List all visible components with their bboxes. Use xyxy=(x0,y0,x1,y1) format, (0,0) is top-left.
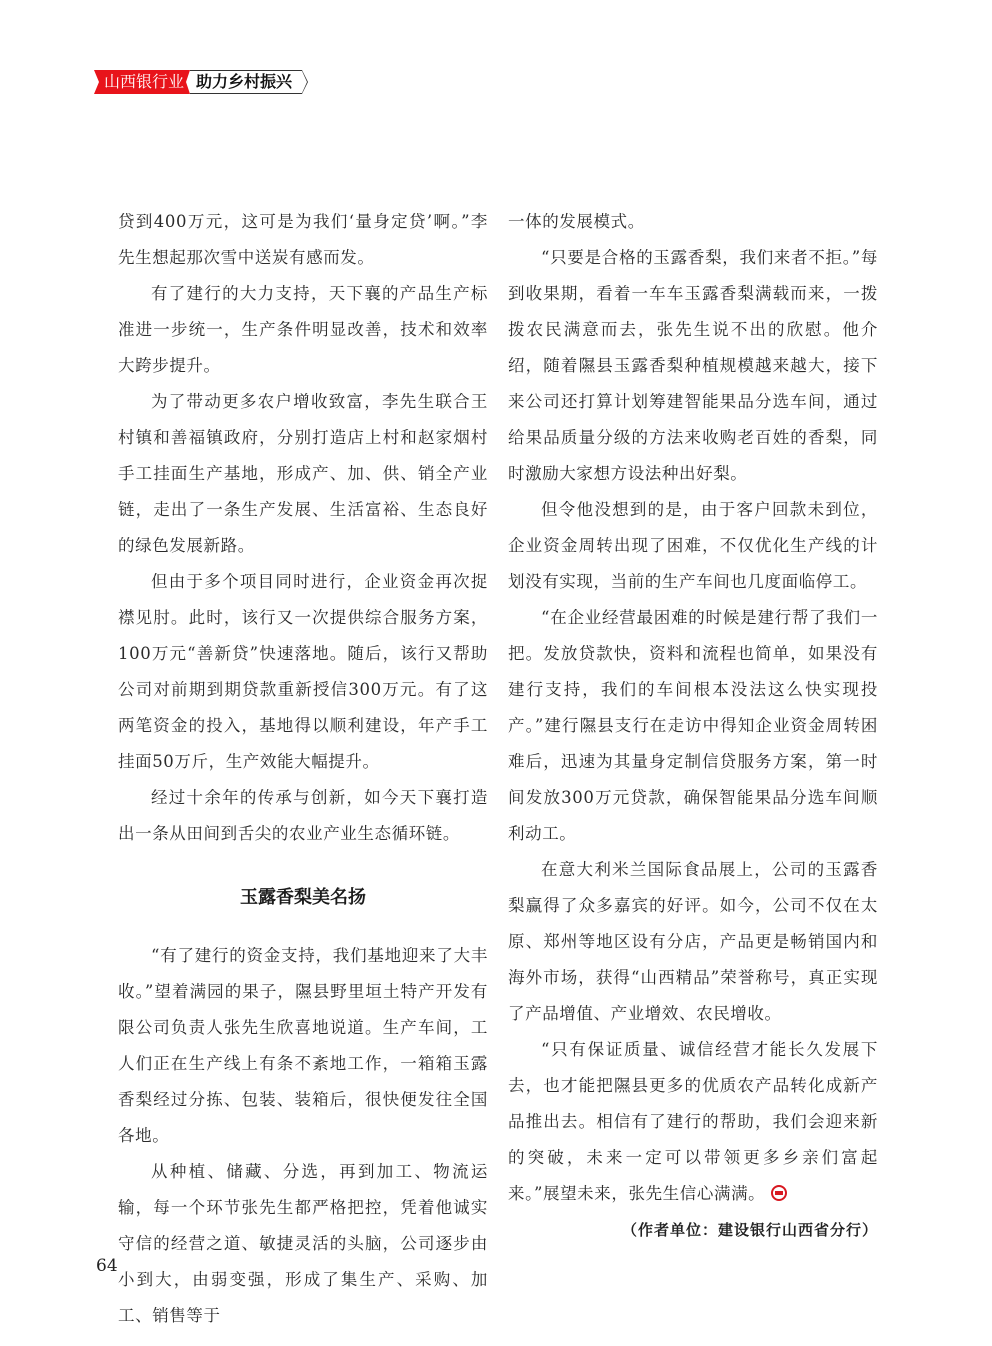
end-mark-icon xyxy=(771,1185,787,1201)
paragraph: 有了建行的大力支持，天下襄的产品生产标准进一步统一，生产条件明显改善，技术和效率… xyxy=(118,276,488,384)
paragraph: “有了建行的资金支持，我们基地迎来了大丰收。”望着满园的果子，隰县野里垣土特产开… xyxy=(118,938,488,1154)
paragraph: 一体的发展模式。 xyxy=(508,204,878,240)
left-column: 贷到400万元，这可是为我们‘量身定贷’啊。”李先生想起那次雪中送炭有感而发。 … xyxy=(118,204,488,1334)
column-header-tag: 山西银行业 助力乡村振兴 xyxy=(94,70,302,94)
paragraph-text: “只有保证质量、诚信经营才能长久发展下去，也才能把隰县更多的优质农产品转化成新产… xyxy=(508,1040,878,1203)
page-number: 64 xyxy=(96,1256,118,1276)
paragraph: 在意大利米兰国际食品展上，公司的玉露香梨赢得了众多嘉宾的好评。如今，公司不仅在太… xyxy=(508,852,878,1032)
paragraph: “在企业经营最困难的时候是建行帮了我们一把。发放贷款快，资料和流程也简单，如果没… xyxy=(508,600,878,852)
author-affiliation: （作者单位：建设银行山西省分行） xyxy=(508,1212,878,1248)
paragraph: 从种植、储藏、分选，再到加工、物流运输，每一个环节张先生都严格把控，凭着他诚实守… xyxy=(118,1154,488,1334)
paragraph: 但令他没想到的是，由于客户回款未到位，企业资金周转出现了困难，不仅优化生产线的计… xyxy=(508,492,878,600)
paragraph: 但由于多个项目同时进行，企业资金再次捉襟见肘。此时，该行又一次提供综合服务方案，… xyxy=(118,564,488,780)
paragraph: 贷到400万元，这可是为我们‘量身定贷’啊。”李先生想起那次雪中送炭有感而发。 xyxy=(118,204,488,276)
paragraph: 经过十余年的传承与创新，如今天下襄打造出一条从田间到舌尖的农业产业生态循环链。 xyxy=(118,780,488,852)
paragraph: “只要是合格的玉露香梨，我们来者不拒。”每到收果期，看着一车车玉露香梨满载而来，… xyxy=(508,240,878,492)
paragraph: 为了带动更多农户增收致富，李先生联合王村镇和善福镇政府，分别打造店上村和赵家烟村… xyxy=(118,384,488,564)
column-tag-bank: 山西银行业 xyxy=(94,70,190,94)
section-heading: 玉露香梨美名扬 xyxy=(118,880,488,916)
column-tag-topic: 助力乡村振兴 xyxy=(190,70,302,94)
closing-paragraph: “只有保证质量、诚信经营才能长久发展下去，也才能把隰县更多的优质农产品转化成新产… xyxy=(508,1032,878,1212)
right-column: 一体的发展模式。 “只要是合格的玉露香梨，我们来者不拒。”每到收果期，看着一车车… xyxy=(508,204,878,1248)
